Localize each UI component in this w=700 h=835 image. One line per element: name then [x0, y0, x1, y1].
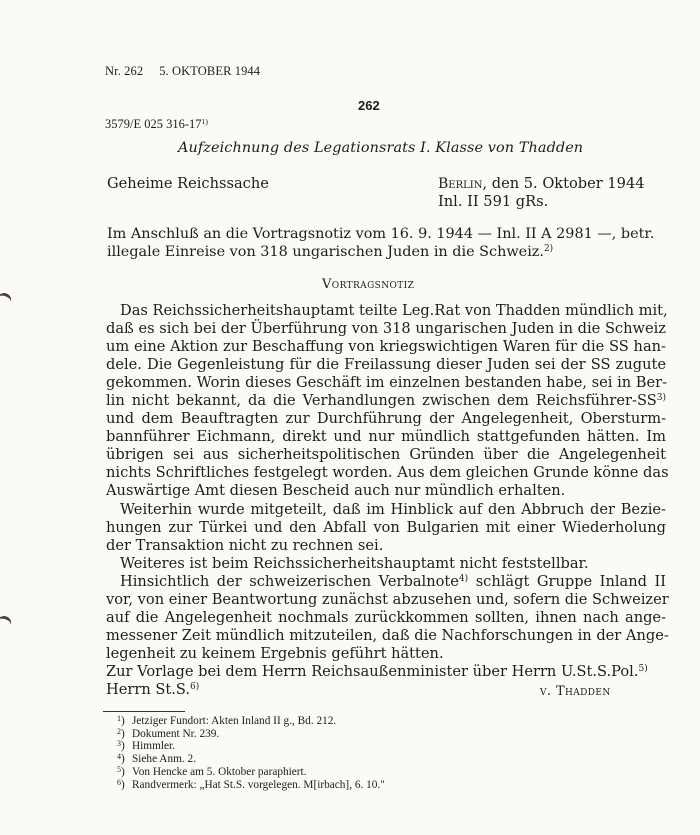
body-line: um eine Aktion zur Beschaffung von krieg… [106, 338, 666, 356]
footnote-text: Dokument Nr. 239. [132, 728, 219, 740]
body-line: und dem Beauftragten zur Durchführung de… [106, 410, 666, 428]
running-head-number: Nr. 262 [105, 64, 143, 78]
footnote: 6)Randvermerk: „Hat St.S. vorgelegen. M[… [117, 779, 385, 792]
body-text: Das Reichssicherheitshauptamt teilte Leg… [106, 302, 666, 699]
footnote: 1)Jetziger Fundort: Akten Inland II g., … [117, 715, 385, 728]
footnote-mark: 4) [459, 574, 468, 584]
footnote-mark: 1) [202, 117, 208, 126]
body-line: lin nicht bekannt, da die Verhandlungen … [106, 392, 666, 410]
body-line: gekommen. Worin dieses Geschäft im einze… [106, 374, 666, 392]
reference-number: Inl. II 591 gRs. [438, 193, 548, 210]
footnotes: 1)Jetziger Fundort: Akten Inland II g., … [117, 715, 385, 791]
body-line: Hinsichtlich der schweizerischen Verbaln… [106, 573, 666, 591]
place: Berlin [438, 176, 482, 192]
body-line: Weiterhin wurde mitgeteilt, daß im Hinbl… [106, 501, 666, 519]
body-line: Das Reichssicherheitshauptamt teilte Leg… [106, 302, 666, 320]
footnote: 3)Himmler. [117, 740, 385, 753]
intro-paragraph: Im Anschluß an die Vortragsnotiz vom 16.… [107, 225, 667, 261]
binder-punch-mark [0, 291, 13, 310]
body-line: übrigen sei aus sicherheitspolitischen G… [106, 446, 666, 464]
footnote-text: Jetziger Fundort: Akten Inland II g., Bd… [132, 715, 336, 727]
body-line: legenheit zu keinem Ergebnis geführt hät… [106, 645, 666, 663]
body-line: nichts Schriftliches festgelegt worden. … [106, 464, 666, 482]
body-line: Weiteres ist beim Reichssicherheitshaupt… [106, 555, 666, 573]
footnote: 5)Von Hencke am 5. Oktober paraphiert. [117, 766, 385, 779]
body-line: messener Zeit mündlich mitzuteilen, daß … [106, 627, 666, 645]
document-title: Aufzeichnung des Legationsrats I. Klasse… [178, 140, 583, 156]
body-line: hungen zur Türkei und den Abfall von Bul… [106, 519, 666, 537]
footnote-text: Von Hencke am 5. Oktober paraphiert. [132, 766, 307, 778]
body-line: der Transaktion nicht zu rechnen sei. [106, 537, 666, 555]
footnote-mark: 6) [190, 682, 199, 692]
intro-line: Im Anschluß an die Vortragsnotiz vom 16.… [107, 225, 667, 243]
footnote-mark: 5) [639, 664, 648, 674]
footnote-divider [103, 711, 185, 712]
running-head-date: 5. OKTOBER 1944 [159, 64, 260, 78]
binder-punch-mark [0, 614, 13, 633]
footnote: 2)Dokument Nr. 239. [117, 728, 385, 741]
footnote-number: 6) [117, 779, 132, 792]
body-line: dele. Die Gegenleistung für die Freilass… [106, 356, 666, 374]
place-date: Berlin, den 5. Oktober 1944 [438, 175, 645, 192]
date: , den 5. Oktober 1944 [482, 175, 644, 192]
footnote-mark: 2) [544, 244, 553, 254]
document-page: Nr. 2625. OKTOBER 1944 262 3579/E 025 31… [0, 0, 700, 835]
body-line: Zur Vorlage bei dem Herrn Reichsaußenmin… [106, 663, 666, 681]
classification: Geheime Reichssache [107, 175, 269, 192]
footnote-text: Siehe Anm. 2. [132, 753, 196, 765]
file-reference: 3579/E 025 316-171) [105, 117, 208, 132]
body-line: vor, von einer Beantwortung zunächst abz… [106, 591, 666, 609]
running-head: Nr. 2625. OKTOBER 1944 [105, 64, 260, 79]
footnote: 4)Siehe Anm. 2. [117, 753, 385, 766]
footnote-text: Randvermerk: „Hat St.S. vorgelegen. M[ir… [132, 779, 385, 791]
body-line: bannführer Eichmann, direkt und nur münd… [106, 428, 666, 446]
footnote-text: Himmler. [132, 740, 175, 752]
signature: v. Thadden [540, 684, 611, 699]
document-number: 262 [358, 98, 380, 113]
body-line: auf die Angelegenheit nochmals zurückkom… [106, 609, 666, 627]
file-reference-text: 3579/E 025 316-17 [105, 117, 202, 131]
body-line: daß es sich bei der Überführung von 318 … [106, 320, 666, 338]
section-heading: Vortragsnotiz [322, 277, 414, 292]
body-line: Auswärtige Amt diesen Bescheid auch nur … [106, 482, 666, 500]
intro-line: illegale Einreise von 318 ungarischen Ju… [107, 243, 667, 261]
footnote-mark: 3) [657, 393, 666, 403]
